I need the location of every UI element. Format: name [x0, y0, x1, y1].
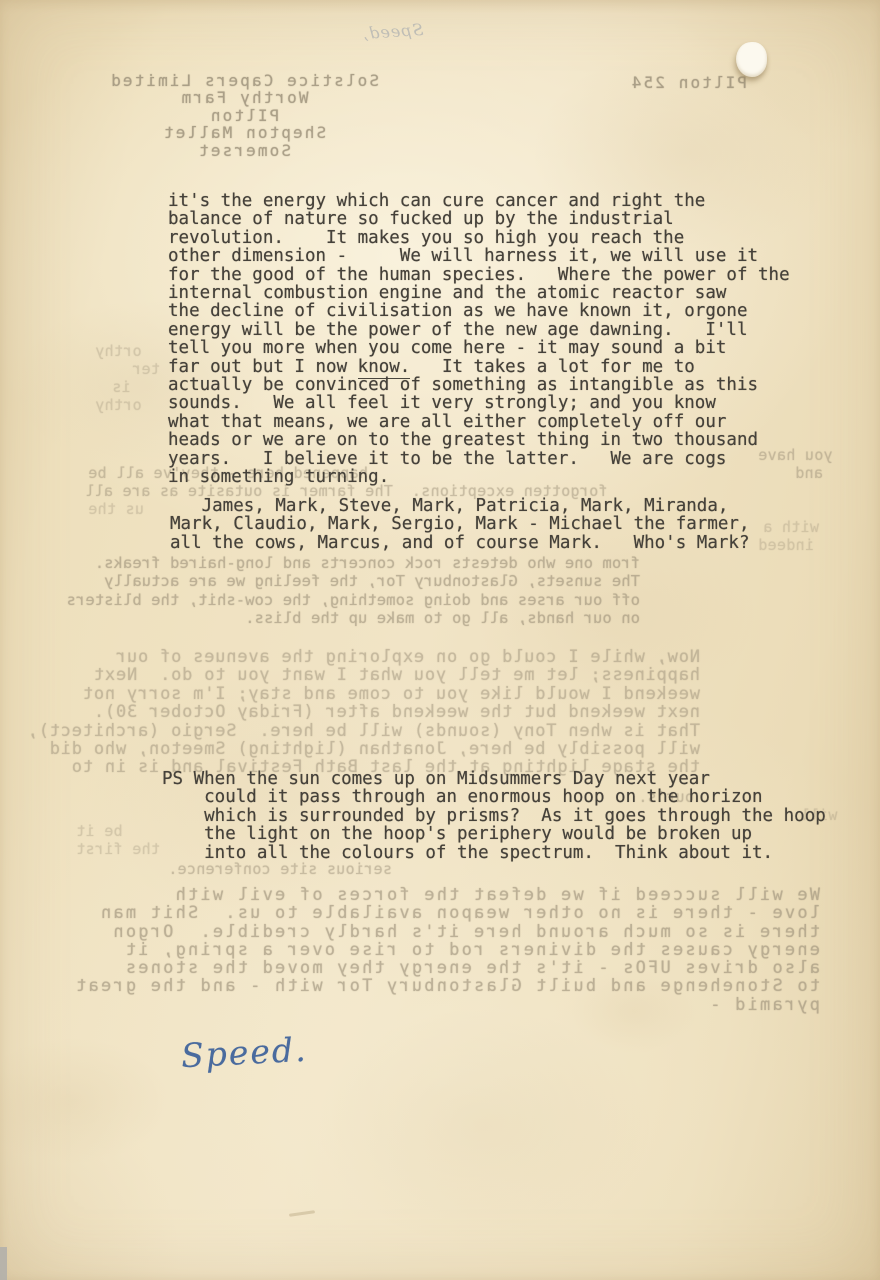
typed-know-line: far out but I now know. It takes a lot f…	[168, 358, 695, 376]
crease-mark	[289, 1210, 315, 1217]
bleed-fragment: ter	[132, 360, 160, 378]
handwritten-signature: Speed.	[180, 1030, 308, 1076]
bleed-fragment: and	[795, 464, 823, 482]
bleed-fragment: you have	[758, 446, 833, 464]
bleed-letterhead-phone: PIlton 254	[627, 74, 747, 91]
bleed-fragment: indeed	[758, 536, 814, 554]
bleed-block-b: Now, while I could go on exploring the a…	[25, 648, 700, 777]
bleed-letterhead-address: Solstice Capers Limited Worthy Farm PIlt…	[104, 72, 384, 159]
bleed-fragment: orthy	[95, 342, 142, 360]
bleed-fragment: is	[112, 378, 131, 396]
bleed-fragment: us the	[88, 500, 144, 518]
punch-hole	[736, 42, 767, 77]
bleed-fragment: serious site conference.	[168, 860, 392, 878]
bleed-fragment: with a	[763, 518, 819, 536]
typed-paragraph-1a: it's the energy which can cure cancer an…	[168, 192, 790, 358]
scanned-letter-page: { "paper": { "colors": { "base": "#eee0b…	[0, 0, 880, 1280]
scanner-edge-artifact	[0, 1247, 7, 1280]
bleed-block-a: from one who detests rock concerts and l…	[88, 554, 640, 628]
bleed-fragment: the first	[76, 840, 160, 858]
typed-names-paragraph: James, Mark, Steve, Mark, Patricia, Mark…	[170, 497, 749, 552]
bleed-fragment: be it	[76, 822, 123, 840]
bleed-fragment: orthy	[95, 396, 142, 414]
know-line-before: far out but I now	[168, 357, 358, 377]
typed-paragraph-1b: actually be convinced of something as in…	[168, 376, 758, 486]
know-line-after: It takes a lot for me to	[410, 357, 694, 377]
typed-ps-paragraph: PS When the sun comes up on Midsummers D…	[162, 770, 826, 862]
bleed-signature-top: Speed,	[361, 20, 424, 43]
bleed-block-c: We will succeed if we defeat the forces …	[75, 886, 820, 1014]
